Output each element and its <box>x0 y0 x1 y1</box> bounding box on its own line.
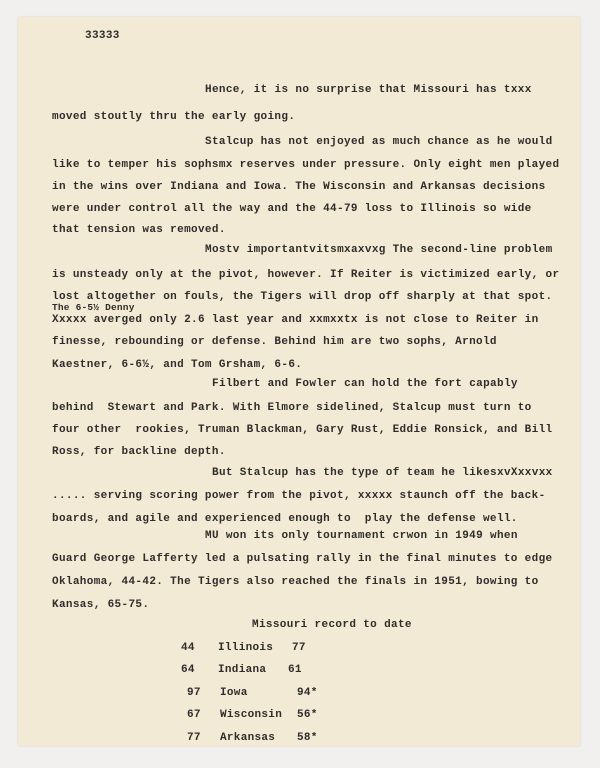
text-line: Stalcup has not enjoyed as much chance a… <box>205 136 553 148</box>
text-line: Guard George Lafferty led a pulsating ra… <box>52 553 552 565</box>
text-line: behind Stewart and Park. With Elmore sid… <box>52 402 532 414</box>
text-line: But Stalcup has the type of team he like… <box>212 467 553 479</box>
text-line: finesse, rebounding or defense. Behind h… <box>52 336 497 348</box>
text-line: is unsteady only at the pivot, however. … <box>52 269 559 281</box>
mu-score: 77 <box>187 732 201 744</box>
opponent-score: 56* <box>297 709 318 721</box>
opponent-score: 58* <box>297 732 318 744</box>
text-line: Xxxxx averged only 2.6 last year and xxm… <box>52 314 539 326</box>
mu-score: 67 <box>187 709 201 721</box>
mu-score: 44 <box>181 642 195 654</box>
page-number: 33333 <box>85 30 120 42</box>
text-line: Hence, it is no surprise that Missouri h… <box>205 84 532 96</box>
opponent-name: Indiana <box>218 664 266 676</box>
mu-score: 64 <box>181 664 195 676</box>
opponent-name: Iowa <box>220 687 248 699</box>
opponent-name: Illinois <box>218 642 273 654</box>
text-line: in the wins over Indiana and Iowa. The W… <box>52 181 546 193</box>
text-line: Filbert and Fowler can hold the fort cap… <box>212 378 518 390</box>
text-line: were under control all the way and the 4… <box>52 203 532 215</box>
opponent-score: 61 <box>288 664 302 676</box>
record-table-title: Missouri record to date <box>252 619 412 631</box>
text-line: moved stoutly thru the early going. <box>52 111 295 123</box>
opponent-name: Arkansas <box>220 732 275 744</box>
text-line: Kaestner, 6-6½, and Tom Grsham, 6-6. <box>52 359 302 371</box>
text-line: like to temper his sophsmx reserves unde… <box>52 159 559 171</box>
text-line: ..... serving scoring power from the piv… <box>52 490 546 502</box>
text-line: Mostv importantvitsmxaxvxg The second-li… <box>205 244 553 256</box>
text-line: that tension was removed. <box>52 224 226 236</box>
text-line: Oklahoma, 44-42. The Tigers also reached… <box>52 576 539 588</box>
text-line: four other rookies, Truman Blackman, Gar… <box>52 424 552 436</box>
text-line: Ross, for backline depth. <box>52 446 226 458</box>
mu-score: 97 <box>187 687 201 699</box>
text-line: boards, and agile and experienced enough… <box>52 513 518 525</box>
opponent-score: 77 <box>292 642 306 654</box>
text-line: Kansas, 65-75. <box>52 599 149 611</box>
text-line: MU won its only tournament crwon in 1949… <box>205 530 518 542</box>
opponent-name: Wisconsin <box>220 709 282 721</box>
interlinear-insert: The 6-5½ Denny <box>52 303 135 313</box>
opponent-score: 94* <box>297 687 318 699</box>
